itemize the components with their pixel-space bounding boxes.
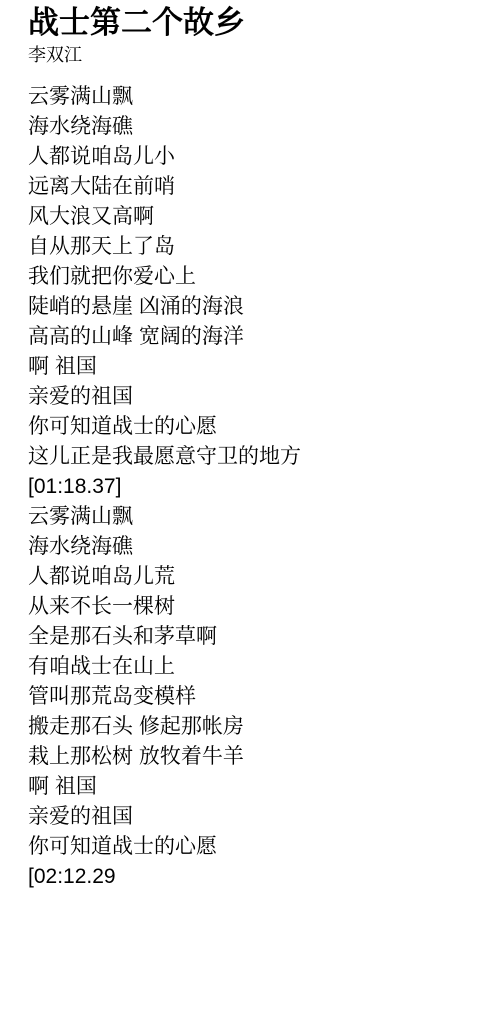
lyric-line: 亲爱的祖国 <box>28 802 484 832</box>
lyrics-block: 云雾满山飘 海水绕海礁 人都说咱岛儿小 远离大陆在前哨 风大浪又高啊 自从那天上… <box>28 82 484 892</box>
lyric-timestamp: [01:18.37] <box>28 472 484 502</box>
lyric-line: 管叫那荒岛变模样 <box>28 682 484 712</box>
lyric-line: 亲爱的祖国 <box>28 382 484 412</box>
lyric-line: 人都说咱岛儿荒 <box>28 562 484 592</box>
lyric-line: 云雾满山飘 <box>28 502 484 532</box>
lyrics-page: 战士第二个故乡 李双江 云雾满山飘 海水绕海礁 人都说咱岛儿小 远离大陆在前哨 … <box>0 0 500 1030</box>
lyric-line: 啊 祖国 <box>28 772 484 802</box>
lyric-line: 高高的山峰 宽阔的海洋 <box>28 322 484 352</box>
lyric-line: 从来不长一棵树 <box>28 592 484 622</box>
lyric-line: 云雾满山飘 <box>28 82 484 112</box>
lyric-line: 栽上那松树 放牧着牛羊 <box>28 742 484 772</box>
lyric-line: 这儿正是我最愿意守卫的地方 <box>28 442 484 472</box>
lyric-line: 陡峭的悬崖 凶涌的海浪 <box>28 292 484 322</box>
lyric-line: 远离大陆在前哨 <box>28 172 484 202</box>
lyric-line: 你可知道战士的心愿 <box>28 832 484 862</box>
lyric-line: 风大浪又高啊 <box>28 202 484 232</box>
lyric-line: 全是那石头和茅草啊 <box>28 622 484 652</box>
lyric-line: 人都说咱岛儿小 <box>28 142 484 172</box>
lyric-timestamp: [02:12.29 <box>28 862 484 892</box>
lyric-line: 海水绕海礁 <box>28 112 484 142</box>
lyric-line: 有咱战士在山上 <box>28 652 484 682</box>
lyric-line: 啊 祖国 <box>28 352 484 382</box>
song-title: 战士第二个故乡 <box>28 4 484 42</box>
lyric-line: 自从那天上了岛 <box>28 232 484 262</box>
artist-name: 李双江 <box>28 45 484 65</box>
lyric-line: 搬走那石头 修起那帐房 <box>28 712 484 742</box>
lyric-line: 我们就把你爱心上 <box>28 262 484 292</box>
lyric-line: 你可知道战士的心愿 <box>28 412 484 442</box>
lyric-line: 海水绕海礁 <box>28 532 484 562</box>
